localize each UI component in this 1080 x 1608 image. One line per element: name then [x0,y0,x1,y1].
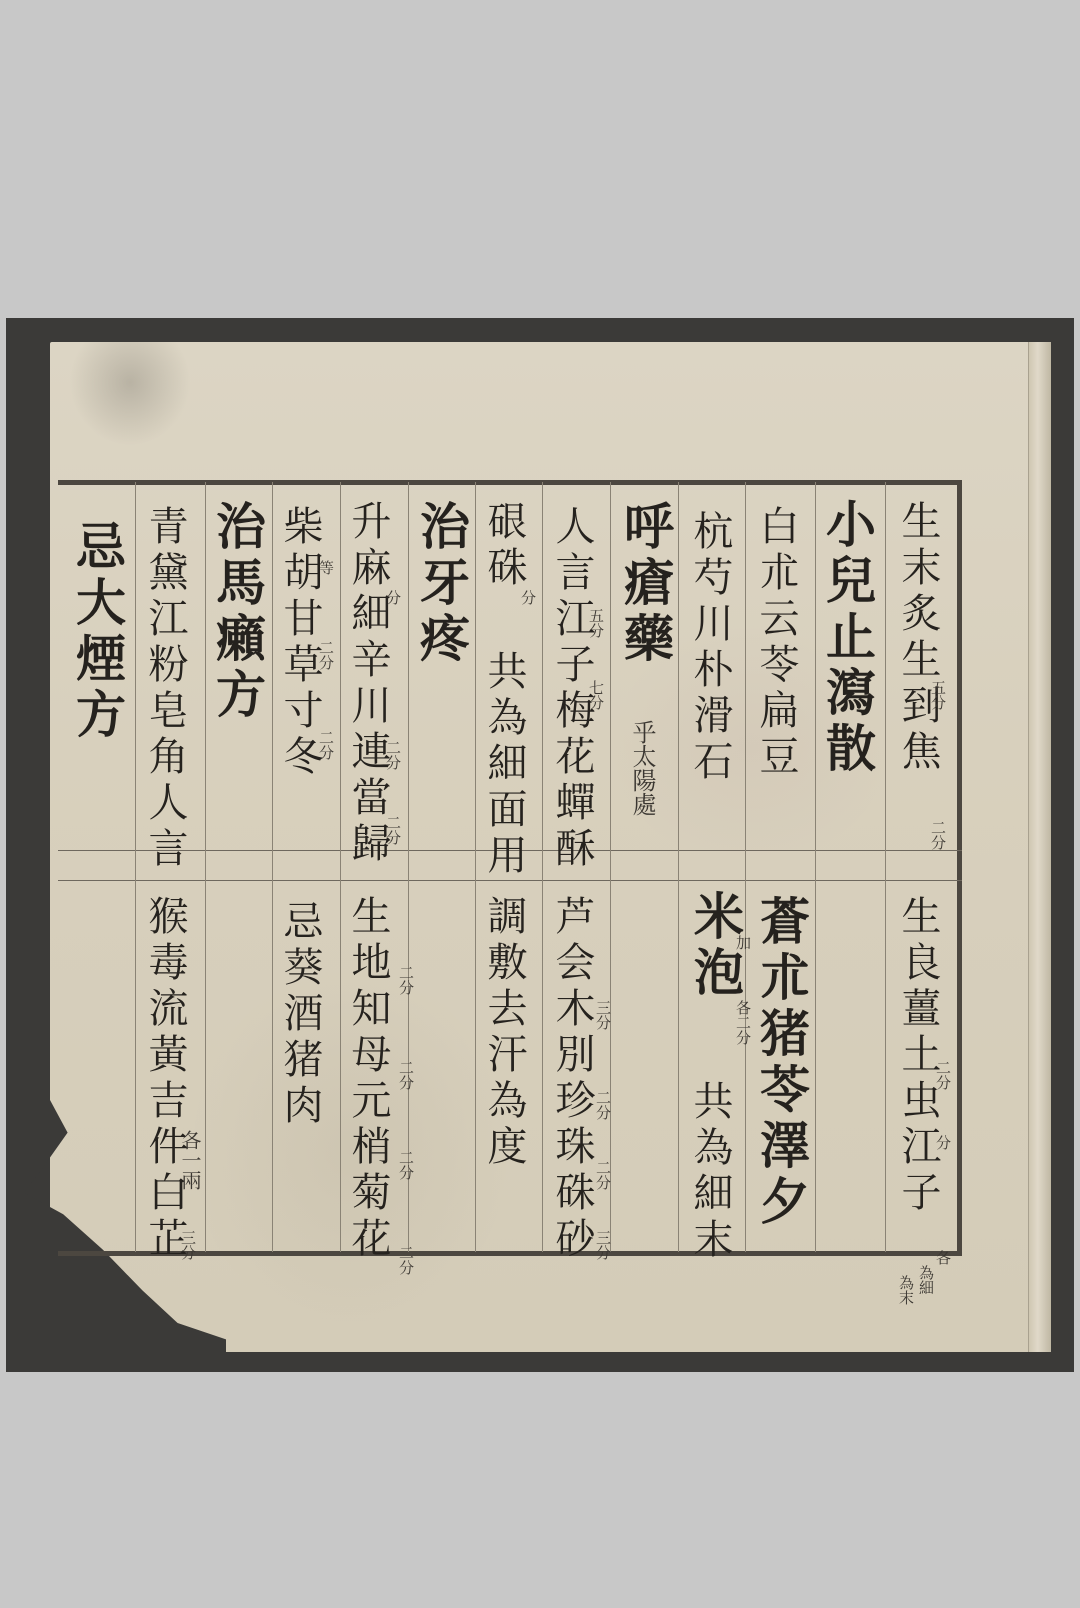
dosage-note: 二分 [935,1060,950,1090]
dosage-note: 二分 [385,815,400,845]
column-rule [815,482,816,1252]
column-rule [678,482,679,1252]
dosage-note: 分 [520,590,535,605]
dosage-note: 等 [318,560,333,575]
column-ingredients: 生末炙生到焦 [898,500,938,776]
column-ingredients: 猴毒流黃吉件白芷 [145,895,185,1263]
dosage-note: 為細 [918,1265,933,1295]
dosage-note: 分 [385,590,400,605]
column-ingredients: 硍硃 [484,500,524,592]
column-rule [135,482,136,1252]
column-rule [542,482,543,1252]
dosage-note: 二分 [398,1060,413,1090]
dosage-note: 二分 [595,1090,610,1120]
dosage-note: 二分 [595,1160,610,1190]
column-ingredients: 人言江子梅花蟬酥 [552,505,592,873]
column-ingredients: 杭芍川朴滑石 [690,510,730,786]
column-ingredients: 米泡 [690,890,740,1002]
dosage-note: 二分 [398,965,413,995]
dosage-note: 二分 [398,1150,413,1180]
dosage-note: 二分 [930,820,945,850]
dosage-note: 七分 [588,680,603,710]
preparation-instructions: 調敷去汗為度 [484,895,524,1171]
dosage-note: 三分 [595,1230,610,1260]
recipe-title: 呼瘡藥 [620,500,670,668]
column-ingredients: 蒼朮猪苓澤夕 [756,895,806,1231]
column-rule [340,482,341,1252]
recipe-title: 小兒止瀉散 [822,498,872,778]
dosage-note: 三分 [595,1000,610,1030]
page-spine-edge [1028,342,1051,1352]
annotation-note: 加 [735,935,750,950]
dosage-note: 各 [935,1250,950,1265]
dosage-note: 各一兩 [180,1130,200,1190]
dosage-note: 五分 [588,608,603,638]
column-rule [205,482,206,1252]
column-rule [885,482,886,1252]
prohibition-note: 忌葵酒猪肉 [280,900,320,1130]
column-ingredients: 生地知母元梢菊花 [348,895,388,1263]
dosage-note: 二分 [318,730,333,760]
preparation-instructions: 共為細末 [690,1080,730,1264]
usage-note: 乎太陽處 [630,720,654,816]
dosage-note: 三分 [180,1230,195,1260]
column-rule [475,482,476,1252]
register-divider-lower [58,880,962,881]
column-rule [272,482,273,1252]
recipe-title: 治牙疼 [416,500,466,668]
column-ingredients: 生良薑土虫江子 [898,895,938,1217]
recipe-title: 治馬癩方 [212,500,262,724]
column-rule [408,482,409,1252]
dosage-note: 分 [935,1135,950,1150]
column-ingredients: 柴胡甘草寸冬 [280,505,320,781]
dosage-note: 二分 [318,640,333,670]
recipe-title: 忌大煙方 [72,520,122,744]
dosage-note: 為末 [898,1275,913,1305]
column-rule [610,482,611,1252]
dosage-note: 二分 [398,1245,413,1275]
dosage-note: 五分 [930,680,945,710]
column-ingredients: 升麻細辛川連當歸 [348,500,388,868]
column-rule [745,482,746,1252]
preparation-instructions: 共為細面用 [484,650,524,880]
dosage-note: 二分 [385,740,400,770]
dosage-note: 各二分 [735,1000,750,1045]
column-ingredients: 青黛江粉皂角人言 [145,505,185,873]
column-ingredients: 白朮云苓扁豆 [756,505,796,781]
column-ingredients: 芦会木別珍珠硃砂 [552,895,592,1263]
